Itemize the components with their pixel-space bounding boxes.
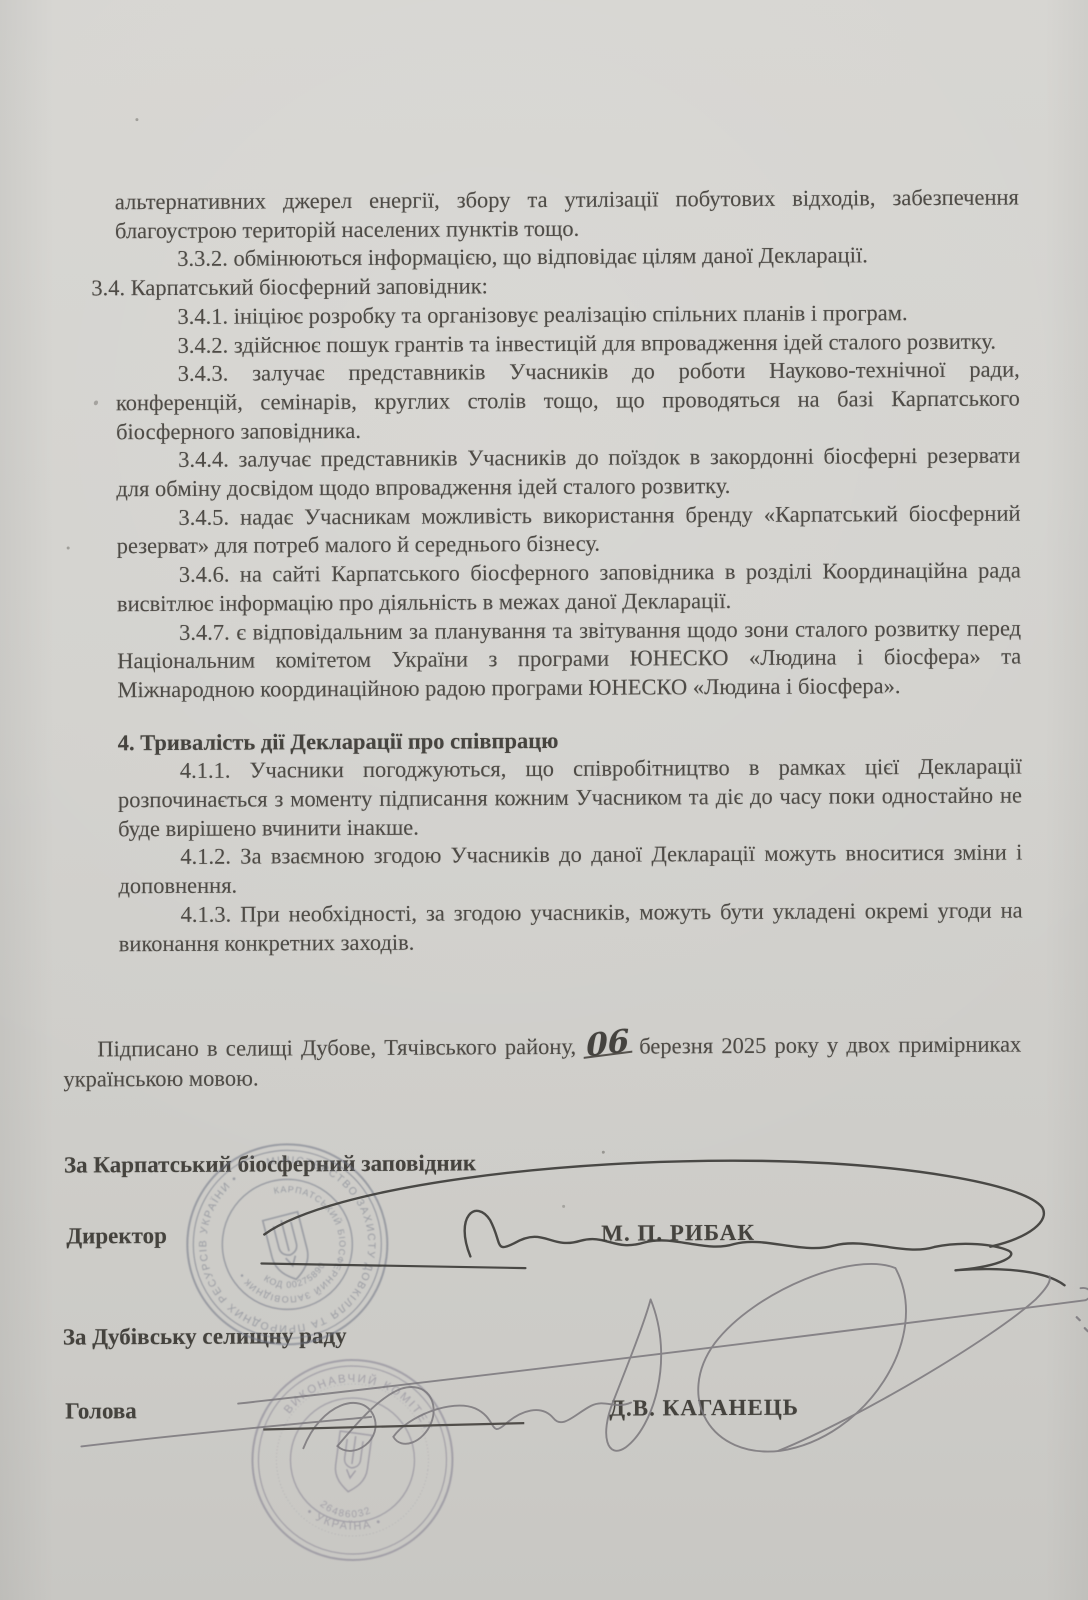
scanned-document-page: альтернативних джерел енергії, збору та … — [0, 0, 1088, 1600]
paper-speck — [67, 546, 70, 549]
paragraph-3-4-4: 3.4.4. залучає представників Учасників д… — [116, 442, 1020, 504]
signing-text-before: Підписано в селищі Дубове, Тячівського р… — [97, 1034, 576, 1062]
paper-speck — [602, 1151, 605, 1154]
org2-role: Голова — [65, 1398, 137, 1424]
signing-statement: Підписано в селищі Дубове, Тячівського р… — [63, 1030, 1021, 1095]
paragraph-3-4-1: 3.4.1. ініціює розробку та організовує р… — [115, 298, 1019, 331]
paper-speck — [135, 118, 138, 121]
paragraph-3-4-6: 3.4.6. на сайті Карпатського біосферного… — [117, 557, 1021, 619]
paragraph-4-1-3: 4.1.3. При необхідності, за згодою учасн… — [119, 896, 1023, 958]
paper-speck — [562, 1205, 565, 1208]
org1-role: Директор — [66, 1223, 167, 1250]
document-scan: альтернативних джерел енергії, збору та … — [0, 0, 1088, 1600]
org1-name: М. П. РИБАК — [601, 1220, 755, 1247]
paragraph-4-1-2: 4.1.2. За взаємною згодою Учасників до д… — [118, 839, 1022, 901]
document-body: альтернативних джерел енергії, збору та … — [115, 184, 1023, 959]
paragraph-continuation: альтернативних джерел енергії, збору та … — [115, 184, 1019, 246]
paragraph-3-4-3: 3.4.3. залучає представників Учасників д… — [116, 356, 1020, 447]
paper-speck — [93, 400, 99, 406]
paragraph-3-4-5: 3.4.5. надає Учасникам можливість викори… — [116, 499, 1020, 561]
round-stamp-carpathian-reserve: МІНІСТЕРСТВО ЗАХИСТУ ДОВКІЛЛЯ ТА ПРИРОДН… — [182, 1139, 393, 1350]
handwritten-date: 06 — [583, 1031, 632, 1058]
org2-name: Д.В. КАГАНЕЦЬ — [609, 1395, 799, 1422]
trident-emblem-icon — [332, 1431, 372, 1494]
paragraph-3-4-7: 3.4.7. є відповідальним за планування та… — [117, 614, 1021, 705]
paragraph-4-1-1: 4.1.1. Учасники погоджуються, що співроб… — [118, 753, 1022, 844]
svg-text:КАРПАТСЬКИЙ БІОСФЕРНИЙ ЗАПОВІД: КАРПАТСЬКИЙ БІОСФЕРНИЙ ЗАПОВІДНИК • — [217, 1171, 361, 1317]
round-stamp-executive-committee: ВИКОНАВЧИЙ КОМІТЕТ • УКРАЇНА • 26486032 — [247, 1354, 458, 1565]
stamp1-inner-ring-text: КАРПАТСЬКИЙ БІОСФЕРНИЙ ЗАПОВІДНИК • — [217, 1171, 361, 1317]
trident-emblem-icon — [263, 1212, 314, 1284]
